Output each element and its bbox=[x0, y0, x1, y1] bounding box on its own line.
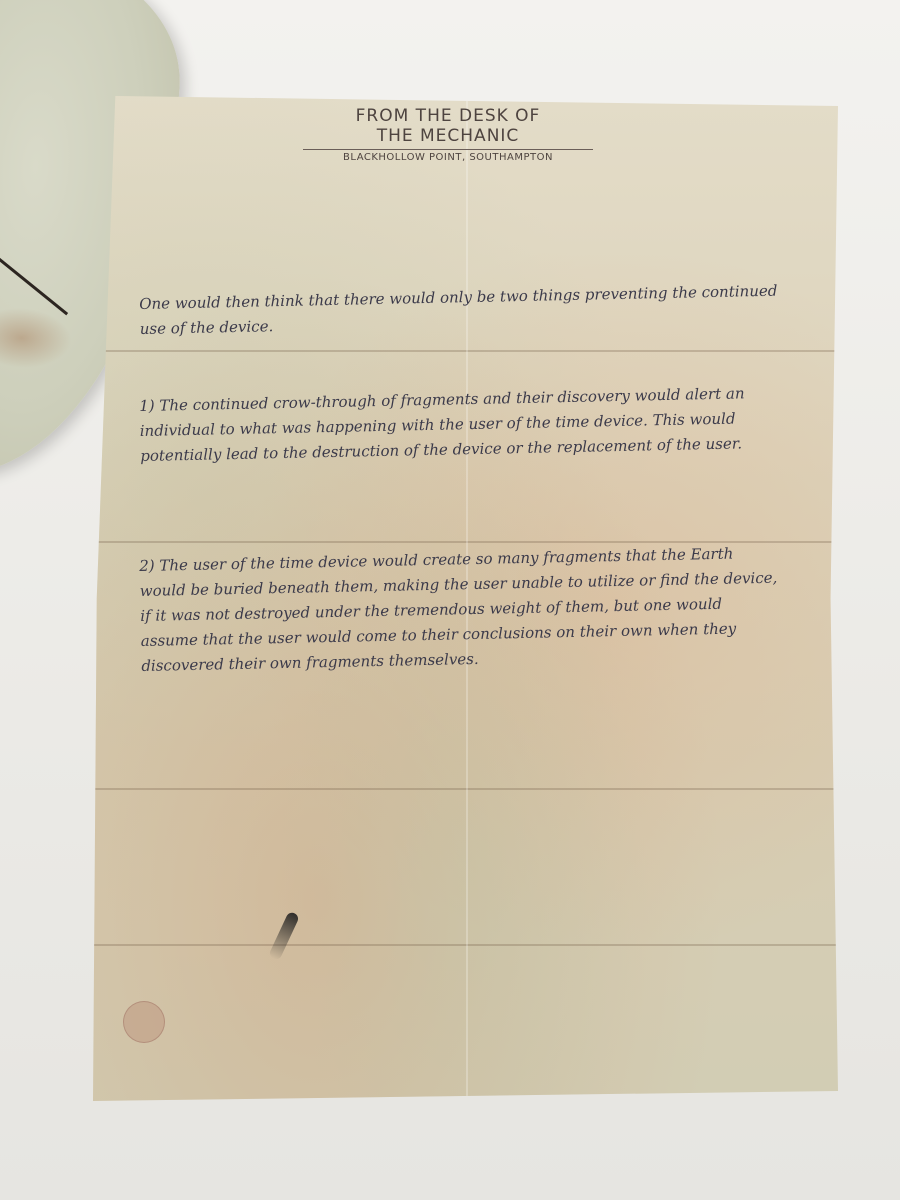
letterhead-line1: From the Desk of bbox=[283, 106, 613, 126]
letterhead-location: Blackhollow Point, Southampton bbox=[283, 152, 613, 163]
ink-smudge bbox=[268, 911, 300, 961]
letterhead-rule bbox=[303, 149, 593, 150]
stain bbox=[0, 305, 74, 372]
letter-sheet: From the Desk of The Mechanic Blackhollo… bbox=[93, 96, 838, 1101]
ring-stain bbox=[123, 1001, 165, 1043]
paragraph-point-1: 1) The continued crow-through of fragmen… bbox=[139, 381, 780, 469]
paragraph-intro: One would then think that there would on… bbox=[139, 279, 780, 342]
paragraph-point-2: 2) The user of the time device would cre… bbox=[139, 541, 781, 679]
letterhead-line2: The Mechanic bbox=[283, 126, 613, 146]
letterhead: From the Desk of The Mechanic Blackhollo… bbox=[283, 106, 613, 163]
